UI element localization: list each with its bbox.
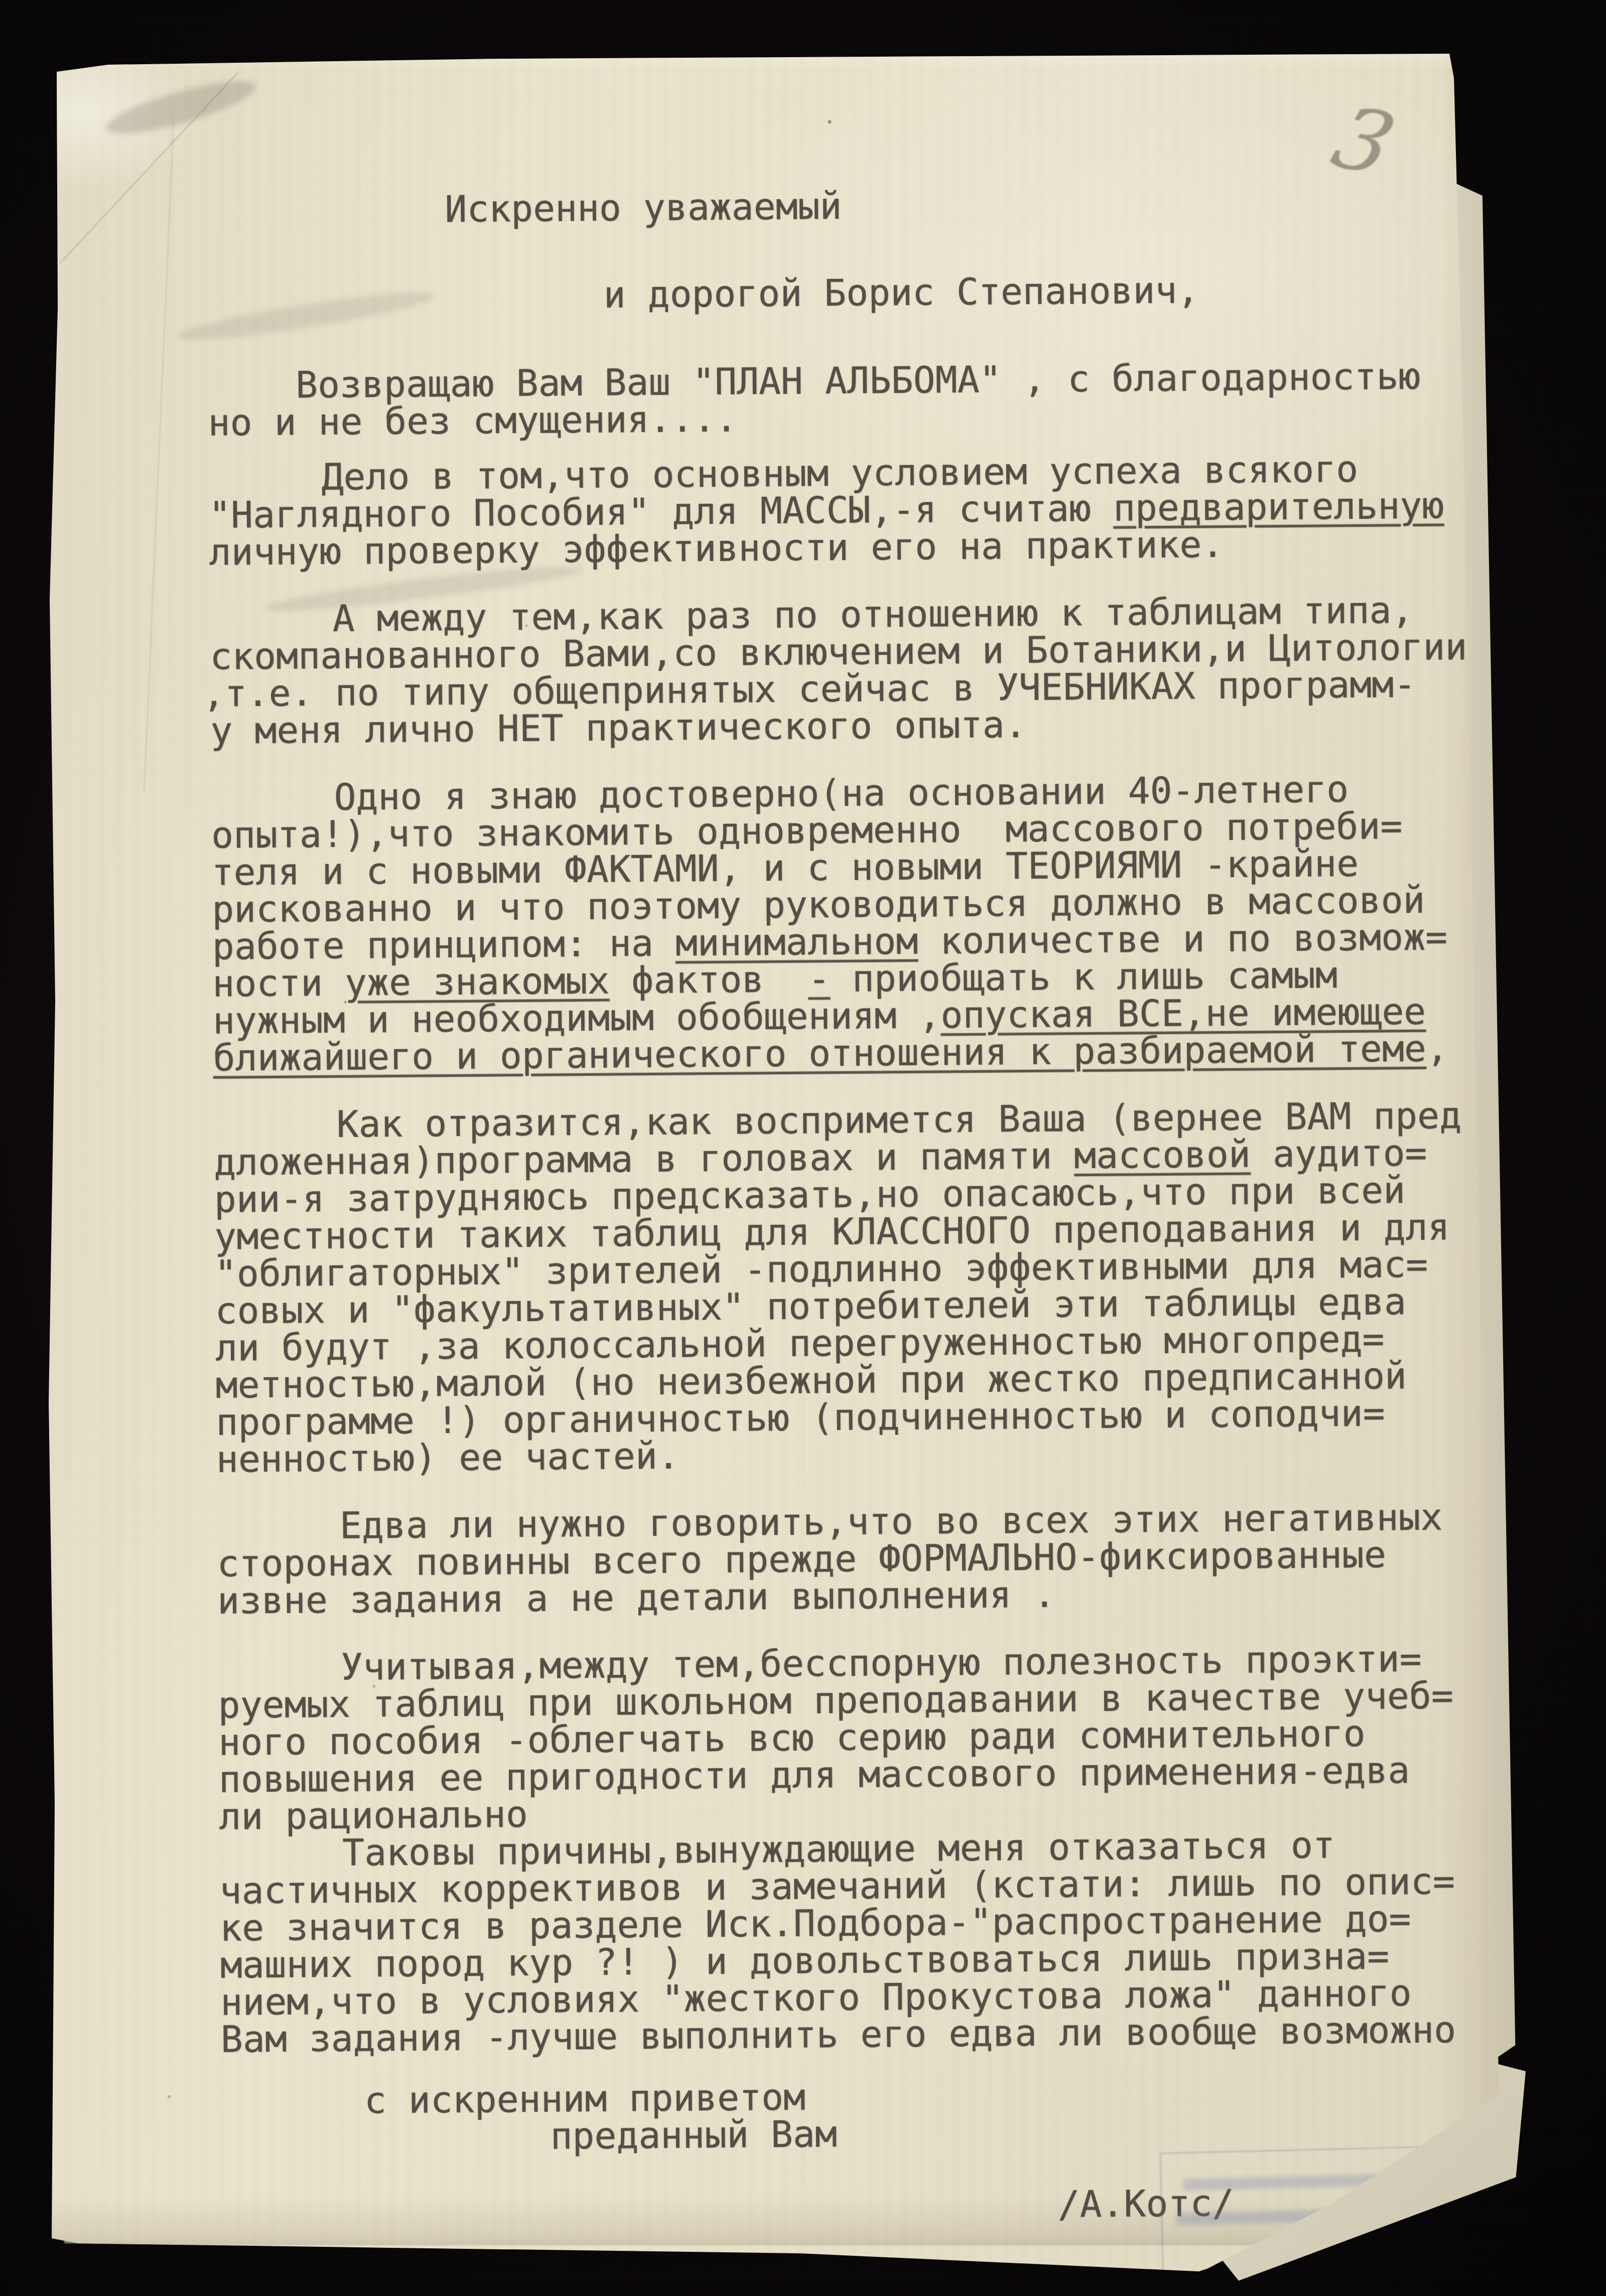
- paragraph-return: Возвращаю Вам Ваш "ПЛАН АЛЬБОМА" , с бла…: [296, 358, 1421, 404]
- salutation-line-1: Искренно уважаемый: [445, 188, 842, 228]
- letter-scan-photo: 3 Искренно уважаемыйи дорогой Борис Степ…: [0, 0, 1606, 2296]
- paragraph-program: ненностью) ее частей.: [216, 1438, 680, 1479]
- typed-text: ненностью) ее частей.: [216, 1435, 680, 1481]
- typed-text: у меня лично НЕТ практического опыта.: [210, 703, 1027, 753]
- paragraph-condition: личную проверку эффективности его на пра…: [209, 526, 1224, 571]
- typed-text: Искренно уважаемый: [445, 185, 842, 231]
- paragraph-negative: извне задания а не детали выполнения .: [217, 1576, 1056, 1620]
- dust-specks: [0, 0, 1, 1]
- typed-text: ,: [1426, 1027, 1448, 1070]
- typed-text: личную проверку эффективности его на пра…: [209, 523, 1224, 574]
- typed-text: и дорогой Борис Степанович,: [603, 269, 1199, 316]
- typed-text: Возвращаю Вам Ваш "ПЛАН АЛЬБОМА" , с бла…: [296, 355, 1421, 407]
- typed-text: Вам задания -лучше выполнить его едва ли…: [221, 2008, 1456, 2061]
- typed-text: извне задания а не детали выполнения .: [217, 1573, 1056, 1623]
- typed-text: но и не без смущения....: [208, 398, 737, 445]
- underlined-typed-text: -: [808, 958, 831, 1000]
- typed-text: программе !) органичностью (подчиненност…: [216, 1392, 1385, 1444]
- paragraph-tables: у меня лично НЕТ практического опыта.: [210, 706, 1027, 750]
- letter-page: 3 Искренно уважаемыйи дорогой Борис Степ…: [48, 48, 1511, 2280]
- typed-text: преданный Вам: [550, 2113, 837, 2158]
- typed-text: повышения ее пригодности для массового п…: [218, 1749, 1410, 1801]
- closing: преданный Вам: [550, 2116, 837, 2155]
- paragraph-reasons: Вам задания -лучше выполнить его едва ли…: [221, 2012, 1456, 2058]
- paragraph-return: но и не без смущения....: [208, 401, 737, 442]
- underlined-typed-text: ближайшего и органического отношения к р…: [213, 1028, 1426, 1080]
- paragraph-program: программе !) органичностью (подчиненност…: [216, 1395, 1385, 1441]
- paragraph-experience: ближайшего и органического отношения к р…: [213, 1030, 1448, 1077]
- typed-text-layer: Искренно уважаемыйи дорогой Борис Степан…: [45, 37, 1525, 2281]
- paragraph-usefulness: повышения ее пригодности для массового п…: [219, 1752, 1410, 1799]
- salutation-line-2: и дорогой Борис Степанович,: [603, 272, 1199, 314]
- paragraph-usefulness: ли рационально: [219, 1796, 528, 1836]
- underlined-typed-text: предварительную: [1113, 485, 1444, 530]
